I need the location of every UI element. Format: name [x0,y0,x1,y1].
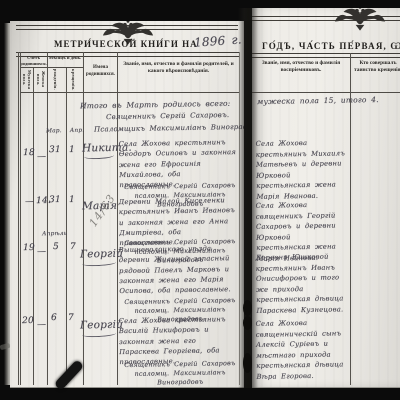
binding-stitch [243,353,252,373]
left-page: МЕТРИ́ЧЕСКОЙ КНИ́ГИ НА 1896 г. Счетъ род… [10,21,244,388]
page-title-left: МЕТРИ́ЧЕСКОЙ КНИ́ГИ НА [54,39,194,49]
header-count-female: Женска пола. [36,68,46,91]
header-bottom-rule [252,92,400,93]
godparents-entry: Села Жохова священническій сынъ Алексій … [255,317,348,382]
header-parents: Званіе, имя, отчество и фамилія родителе… [120,61,237,74]
page-title-right: ГО́ДЪ, ЧА́СТЬ ПЕ́РВАЯ, Ѡ РОДИ́ВШИХСЯ. [262,41,400,51]
female-count: — [37,247,46,257]
right-page: ГО́ДЪ, ЧА́СТЬ ПЕ́РВАЯ, Ѡ РОДИ́ВШИХСЯ. Зв… [252,8,400,388]
birth-day: 31 [49,145,61,155]
male-count: 20 [22,316,34,326]
baptism-day: 7 [70,242,76,252]
male-count: 18 [23,148,35,158]
binding-stitch [243,316,252,330]
header-godparents: Званіе, имя, отчество и фамилія воспріем… [256,60,346,73]
column-divider [18,52,19,385]
month-label: Апрѣль [42,231,67,237]
header-date-birth: рожденія. [53,68,58,91]
header-count-male: Мужеска пола. [22,68,32,91]
officiant-note: Священникъ Сергій Сахаровъ псаломщ. Макс… [122,359,238,388]
birth-day: 6 [51,313,57,323]
metric-book-scan: МЕТРИ́ЧЕСКОЙ КНИ́ГИ НА 1896 г. Счетъ род… [0,0,400,400]
summary-line: Священникъ Сергій Сахаровъ. [106,111,229,121]
baptism-day: 7 [68,313,74,323]
summary-line: Псаломщикъ Максимиліанъ Виноградовъ. [94,123,244,134]
book-binding [238,8,258,388]
name-flourish [84,152,114,160]
header-bottom-rule [20,92,239,93]
header-date-group: Мѣсяцъ и день. [47,55,83,61]
handwritten-year: 1896 г. [194,32,243,49]
imperial-eagle-icon [328,8,392,31]
header-count-group: Счетъ родившихся. [20,55,47,66]
name-flourish [82,330,116,338]
child-name: Георгій [80,248,123,261]
male-count: — [25,197,34,207]
column-divider [66,68,67,385]
name-flourish [82,259,116,267]
female-count: — [37,152,46,162]
title-underline-rule [252,53,400,58]
parents-entry: Вышневолоцкаго уѣзда деревни Жилиной зап… [119,243,239,297]
summary-line: Итого въ Мартѣ родилось всего: [80,99,231,111]
godparents-entry: Деревни Юшковой крестьянинъ Иванъ Онисиф… [255,251,348,316]
binding-stitch [243,300,252,316]
baptism-day: 1 [69,145,75,155]
column-divider [20,52,21,385]
month-label: Мар. Апр. [46,128,84,135]
header-officiant: Кто совершалъ таинство крещенія. [353,60,400,73]
female-count: — [37,320,46,330]
summary-continued: мужеска пола 15, итого 4. [257,95,379,106]
godparents-entry: Села Жохова крестьянинъ Михаилъ Матвѣевъ… [255,137,348,202]
child-name: Георгій [80,319,123,332]
column-divider [33,68,34,385]
header-names: Имена родившихся. [85,65,116,78]
birth-day: 5 [53,242,59,252]
birth-day: 31 [49,195,61,205]
baptism-day: 1 [69,195,75,205]
header-date-baptism: крещенія. [71,68,76,91]
column-divider [47,52,48,385]
male-count: 19 [23,243,35,253]
